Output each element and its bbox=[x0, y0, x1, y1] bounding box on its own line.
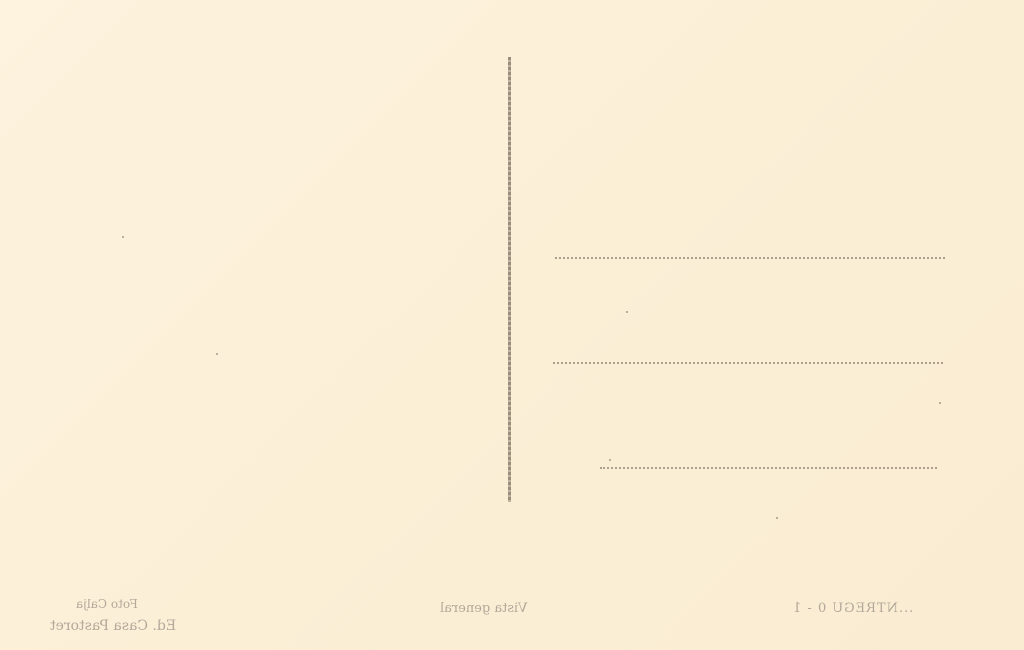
speck bbox=[776, 517, 778, 519]
publisher-credit: Ed. Casa Pastoret bbox=[50, 618, 176, 634]
speck bbox=[216, 353, 218, 355]
address-line-2 bbox=[553, 362, 943, 364]
postcard-back: Foto Calja Ed. Casa Pastoret Vista gener… bbox=[0, 0, 1024, 650]
caption-text: Vista general bbox=[440, 601, 527, 616]
speck bbox=[122, 236, 124, 238]
speck bbox=[609, 459, 611, 461]
series-number: ...NTREGU 0 - 1 bbox=[792, 601, 913, 616]
address-line-3 bbox=[600, 467, 937, 469]
center-divider-line bbox=[508, 57, 511, 502]
address-line-1 bbox=[555, 257, 945, 259]
photographer-credit: Foto Calja bbox=[76, 597, 138, 611]
speck bbox=[626, 311, 628, 313]
speck bbox=[939, 402, 941, 404]
